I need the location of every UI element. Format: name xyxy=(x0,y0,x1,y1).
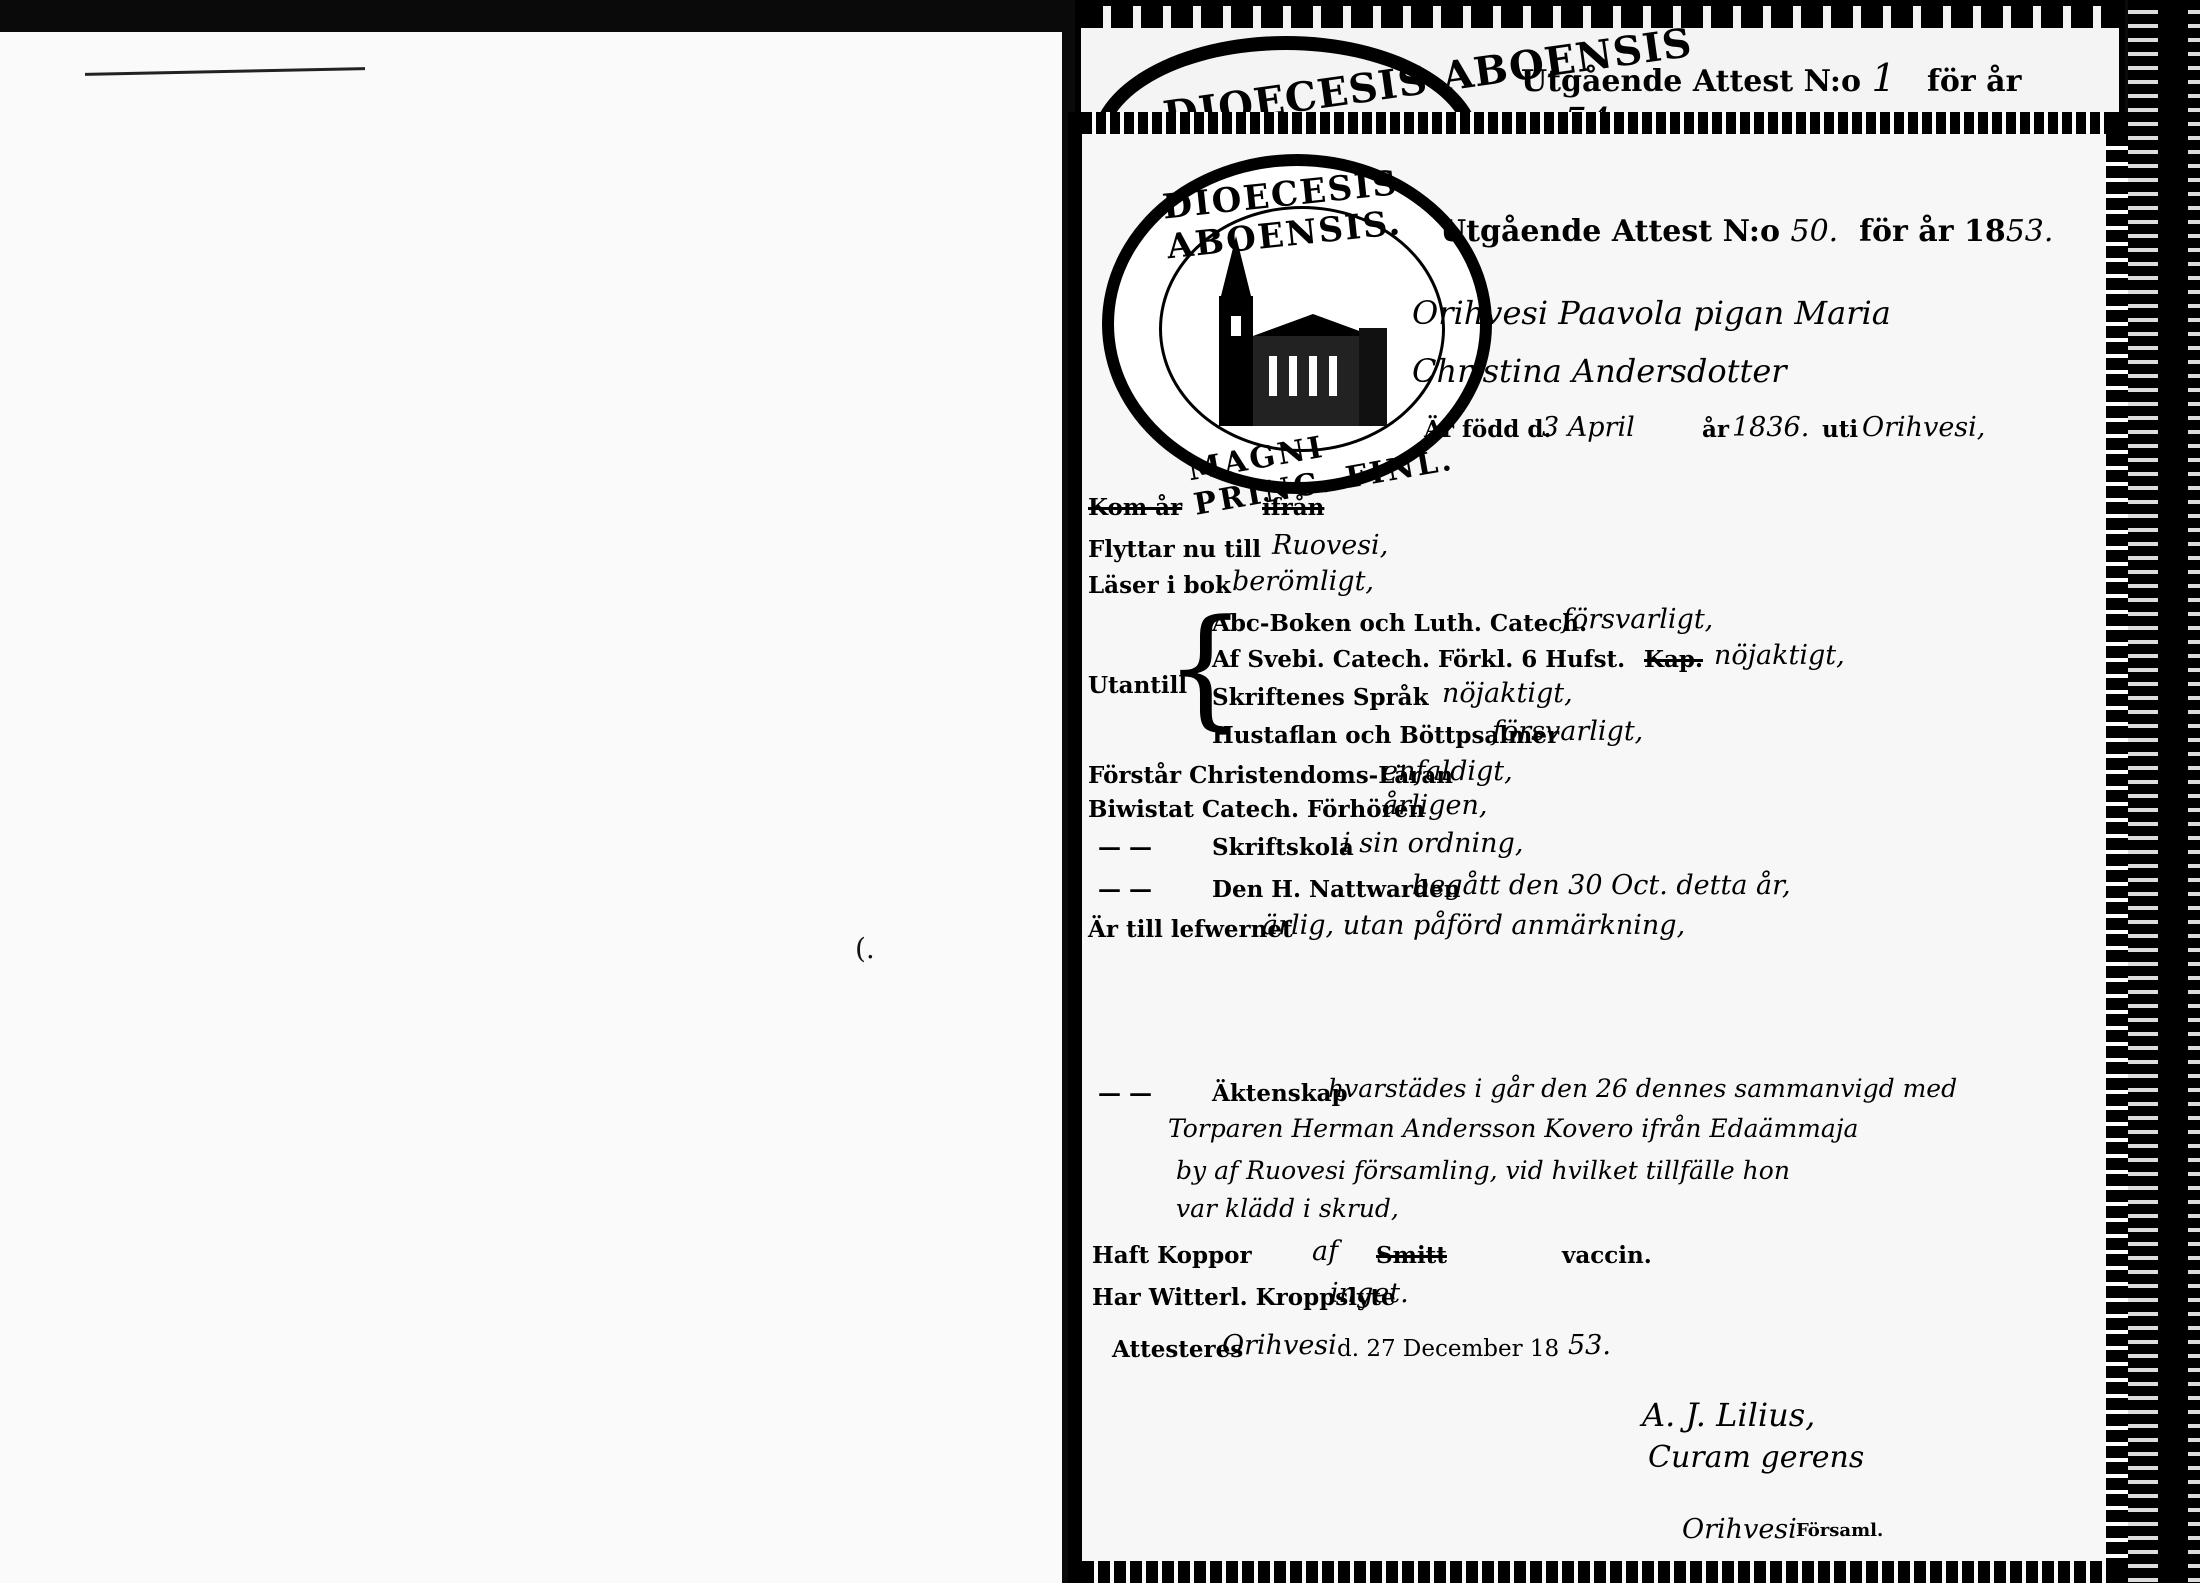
ornamental-border-bottom xyxy=(1082,1561,2106,1583)
utantill-row-label: Skriftenes Språk xyxy=(1212,684,1429,711)
attest-year: 53. xyxy=(1568,1330,1611,1361)
name-line-2: Christina Andersdotter xyxy=(1412,352,1787,390)
marginal-mark: (. xyxy=(855,932,875,965)
utantill-row-value: nöjaktigt, xyxy=(1714,640,1845,671)
utantill-row-label: Abc-Boken och Luth. Catech. xyxy=(1212,610,1587,637)
marriage-line-3: by af Ruovesi församling, vid hvilket ti… xyxy=(1176,1156,1790,1185)
smallpox-struck: Smitt xyxy=(1376,1242,1447,1269)
communion-value: begått den 30 Oct. detta år, xyxy=(1412,870,1791,901)
moves-value: Ruovesi, xyxy=(1272,530,1388,561)
marriage-line-4: var klädd i skrud, xyxy=(1176,1194,1399,1223)
reads-value: berömligt, xyxy=(1232,566,1374,597)
moves-label: Flyttar nu till xyxy=(1088,536,1261,563)
stacked-page-edges xyxy=(2128,0,2200,1583)
born-year: 1836. xyxy=(1732,412,1809,443)
parish-value: Orihvesi xyxy=(1682,1514,1797,1545)
conduct-value: ärlig, utan påförd anmärkning, xyxy=(1262,910,1685,941)
church-icon xyxy=(1209,236,1399,436)
signature-name: A. J. Lilius, xyxy=(1642,1396,1815,1434)
attest-place: Orihvesi xyxy=(1222,1330,1337,1361)
school-label: Skriftskola xyxy=(1212,834,1354,861)
binding-edge xyxy=(2158,0,2188,1583)
born-place: Orihvesi, xyxy=(1862,412,1985,443)
utantill-row-value: försvarligt, xyxy=(1492,716,1643,747)
utantill-row-label: Af Svebi. Catech. Förkl. 6 Hufst. xyxy=(1212,646,1625,673)
defect-value: inget. xyxy=(1330,1278,1409,1309)
born-day: 3 April xyxy=(1542,412,1635,443)
form-header: Utgående Attest N:o 50. för år 1853. xyxy=(1440,214,2053,249)
born-place-label: uti xyxy=(1822,416,1858,443)
vaccine-label: vaccin. xyxy=(1562,1242,1652,1269)
school-value: i sin ordning, xyxy=(1342,828,1523,859)
marriage-line-2: Torparen Herman Andersson Kovero ifrån E… xyxy=(1168,1114,1858,1143)
signature-title: Curam gerens xyxy=(1648,1440,1864,1475)
ornamental-border-top xyxy=(1082,112,2106,134)
header-prefix: Utgående Attest N:o xyxy=(1521,64,1861,99)
name-line-1: Orihvesi Paavola pigan Maria xyxy=(1412,294,1891,332)
utantill-row-value: nöjaktigt, xyxy=(1442,678,1573,709)
communion-dashes: — — xyxy=(1098,876,1152,903)
attest-number: 1 xyxy=(1871,56,1895,100)
page-crease xyxy=(85,67,365,76)
header-prefix: Utgående Attest N:o xyxy=(1440,214,1780,249)
born-label: Är född d. xyxy=(1424,416,1551,443)
came-from-label: ifrån xyxy=(1262,494,1324,521)
attest-form: DIOECESIS ABOENSIS. MAGNI PRINC. FINL. U… xyxy=(1068,112,2128,1583)
attended-label: Biwistat Catech. Förhören xyxy=(1088,796,1425,823)
attest-date: d. 27 December 18 xyxy=(1337,1336,1559,1362)
marriage-dashes: — — xyxy=(1098,1080,1152,1107)
marriage-line-1: hvarstädes i går den 26 dennes sammanvig… xyxy=(1328,1074,1957,1103)
left-blank-page: (. xyxy=(0,32,1062,1583)
smallpox-label: Haft Koppor xyxy=(1092,1242,1252,1269)
ornamental-border xyxy=(1081,6,2119,28)
born-year-label: år xyxy=(1702,416,1729,443)
utantill-row-struck: Kap. xyxy=(1644,646,1703,673)
ornamental-border-right xyxy=(2106,134,2128,1561)
utantill-row-value: försvarligt, xyxy=(1562,604,1713,635)
attended-value: årligen, xyxy=(1382,790,1488,821)
parish-label: Församl. xyxy=(1796,1520,1883,1541)
attest-number: 50. xyxy=(1790,214,1838,249)
smallpox-value: af xyxy=(1312,1236,1338,1267)
understands-value: enfaldigt, xyxy=(1382,756,1513,787)
year-suffix: 53. xyxy=(2006,214,2054,249)
year-label: för år 18 xyxy=(1859,214,2006,249)
school-dashes: — — xyxy=(1098,834,1152,861)
came-label: Kom år xyxy=(1088,494,1182,521)
